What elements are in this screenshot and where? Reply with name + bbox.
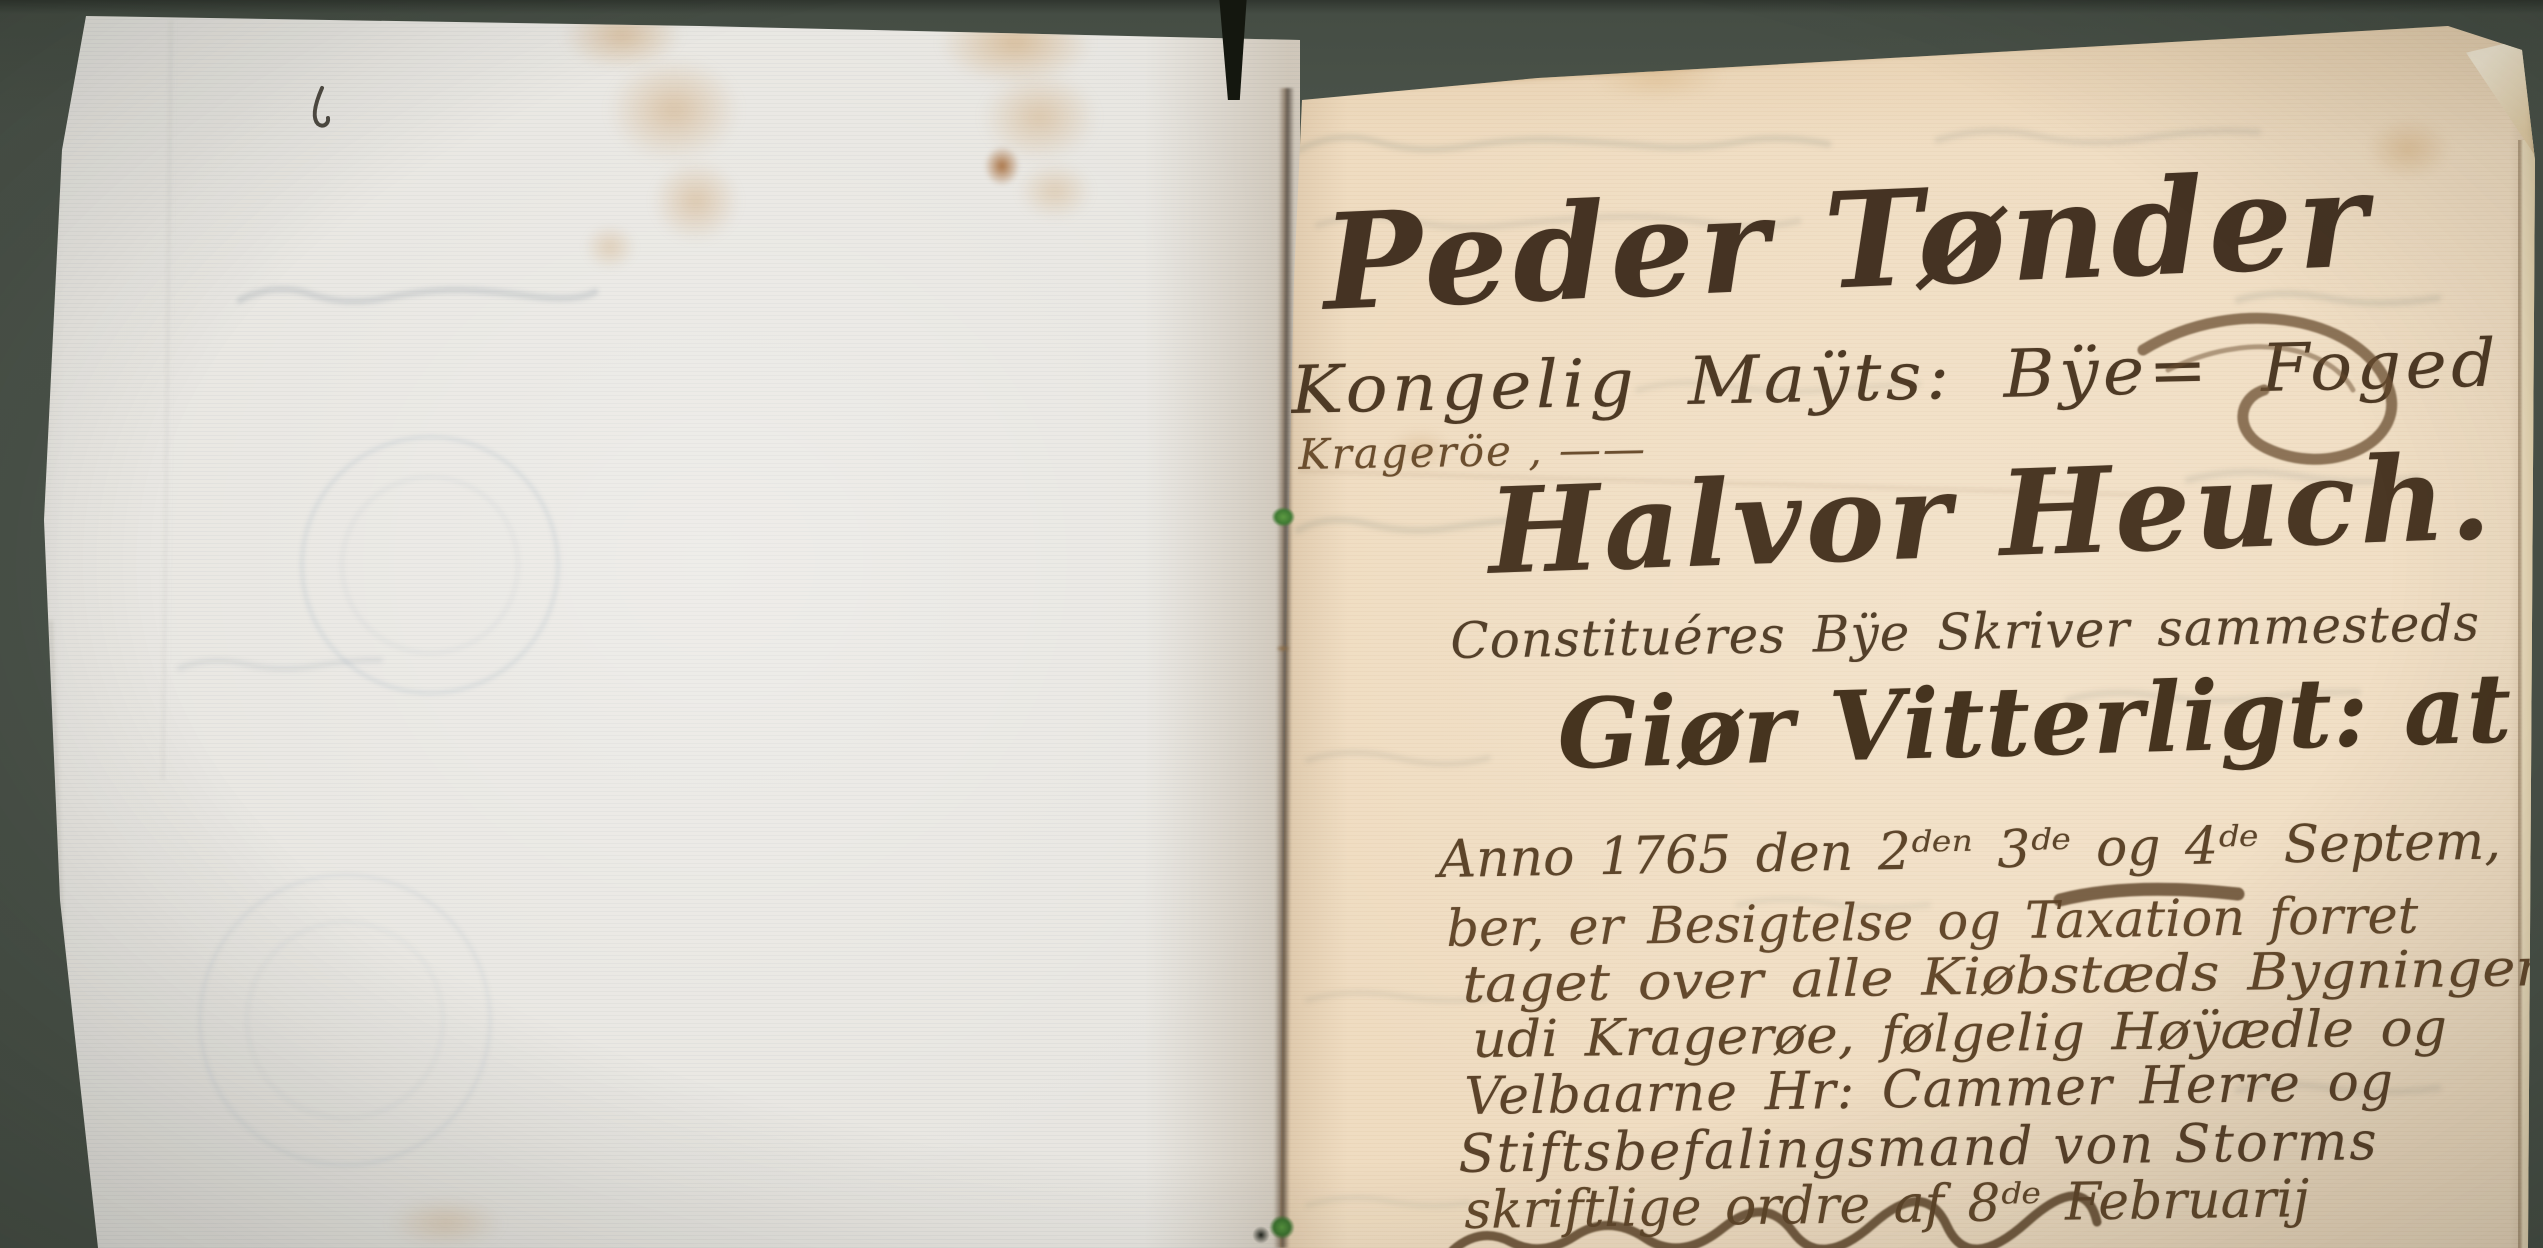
stain-mark [1593, 55, 1723, 100]
stain-mark [584, 224, 636, 270]
stain-mark [388, 1198, 503, 1248]
manuscript-photo: Peder Tønder Kongelig Maÿts: Bÿe= Foged … [0, 0, 2543, 1248]
stain-mark [652, 160, 740, 242]
line-kongelig-mayts-bye-foged: Kongelig Maÿts: Bÿe= Foged udi [1290, 321, 2543, 429]
show-through-and-watermarks [180, 289, 595, 1165]
stain-mark [2366, 118, 2451, 180]
fold-crease [49, 620, 74, 1248]
ghost-script-stroke [180, 660, 380, 669]
watermark-circle [302, 437, 558, 693]
binding-stitch-green [1268, 504, 1302, 530]
fore-edge-pages [2518, 140, 2536, 1248]
ghost-script-stroke [240, 289, 595, 301]
ink-mark [315, 88, 328, 126]
left-page [0, 0, 1300, 1248]
ink-blot-stain [984, 146, 1020, 186]
left-page-marks [0, 0, 1300, 1248]
stain-mark [1018, 162, 1092, 220]
binding-stitch-hole [1274, 644, 1292, 653]
stain-mark [938, 0, 1093, 85]
line-peder-tonder: Peder Tønder [1320, 142, 2375, 341]
stain-mark [982, 72, 1097, 162]
folded-corner [2466, 38, 2538, 160]
binding-stitch-green [1258, 1212, 1298, 1246]
watermark-circle [200, 875, 490, 1165]
line-anno-1765: Anno 1765 den 2ᵈᵉⁿ 3ᵈᵉ og 4ᵈᵉ Septem, [1438, 811, 2501, 890]
right-page: Peder Tønder Kongelig Maÿts: Bÿe= Foged … [1238, 0, 2543, 1248]
watermark-circle [247, 922, 443, 1118]
line-skriftlige-ordre: skriftlige ordre af 8ᵈᵉ Februarij [1464, 1169, 2310, 1241]
deckle-edge-shading [1298, 17, 2461, 97]
line-gior-vitterligt: Giør Vitterligt: at [1556, 651, 2514, 791]
stain-mark [562, 0, 682, 70]
watermark-circle [342, 477, 518, 653]
fold-crease [162, 20, 174, 780]
stain-mark [608, 58, 740, 162]
